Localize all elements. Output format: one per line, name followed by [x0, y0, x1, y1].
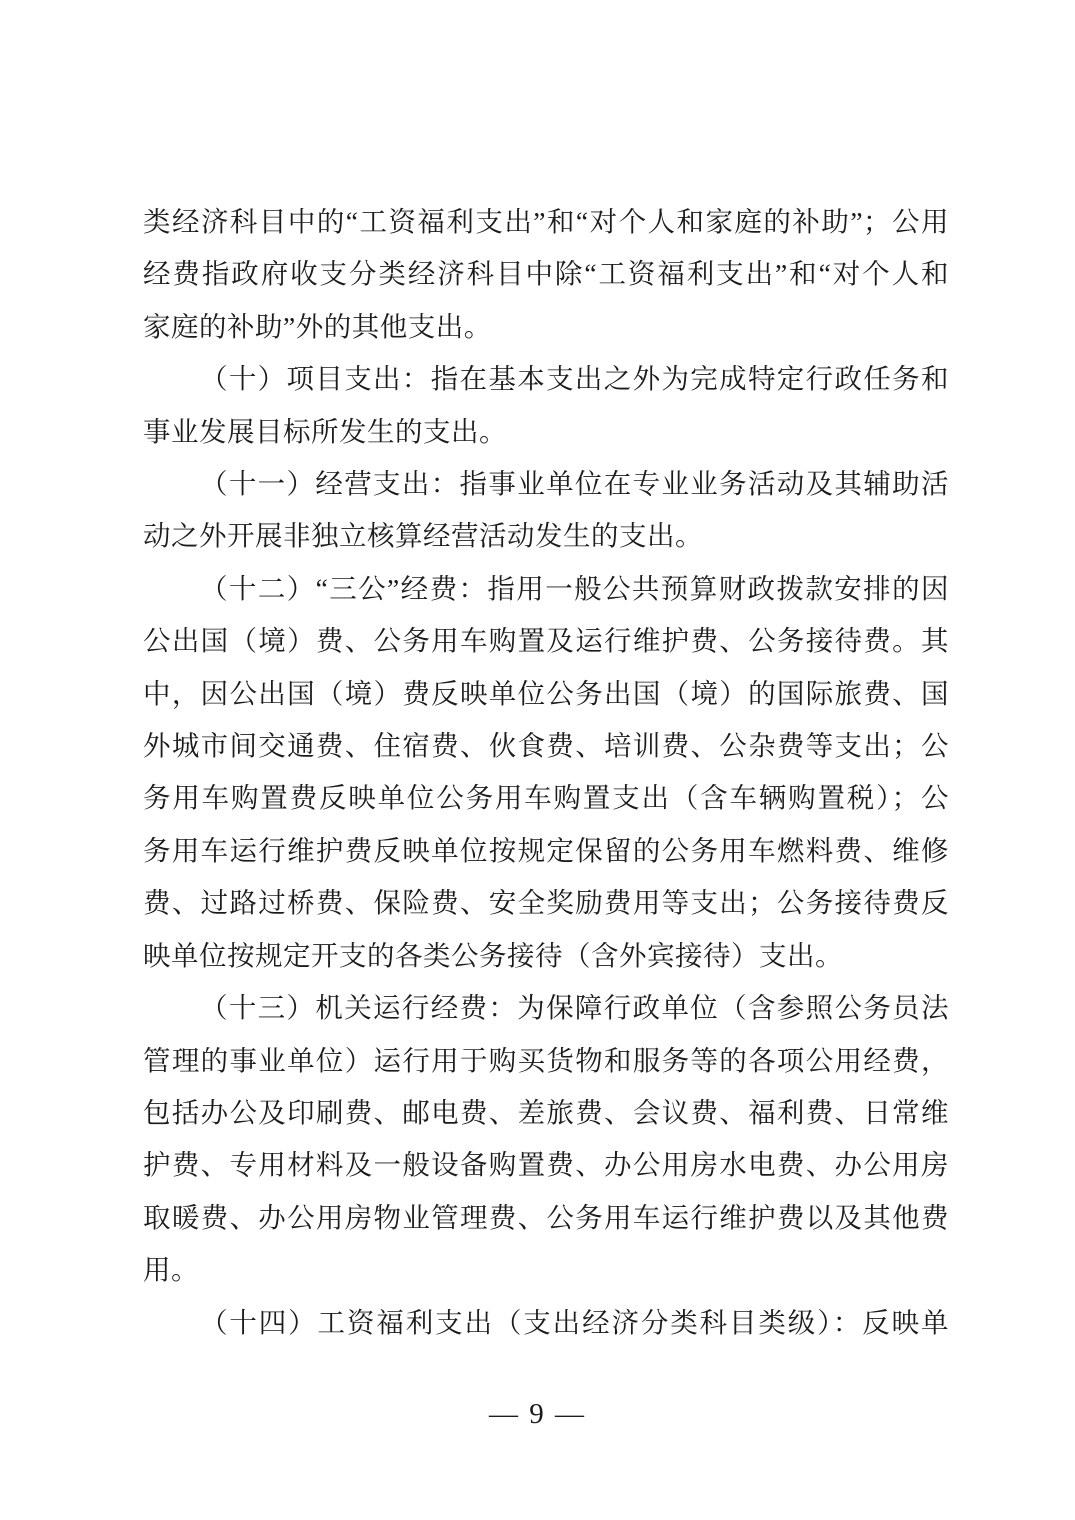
text-line: 费、过路过桥费、保险费、安全奖励费用等支出；公务接待费反	[143, 877, 949, 929]
text-line: （十三）机关运行经费：为保障行政单位（含参照公务员法	[143, 982, 949, 1034]
text-line: 映单位按规定开支的各类公务接待（含外宾接待）支出。	[143, 930, 949, 982]
para-12-three-public-funds: （十二）“三公”经费：指用一般公共预算财政拨款安排的因公出国（境）费、公务用车购…	[143, 563, 949, 982]
para-14-salary-welfare-expenditure: （十四）工资福利支出（支出经济分类科目类级）：反映单	[143, 1297, 949, 1349]
para-11-operating-expenditure: （十一）经营支出：指事业单位在专业业务活动及其辅助活动之外开展非独立核算经营活动…	[143, 458, 949, 563]
text-line: 类经济科目中的“工资福利支出”和“对个人和家庭的补助”；公用	[143, 196, 949, 248]
text-line: 经费指政府收支分类经济科目中除“工资福利支出”和“对个人和	[143, 248, 949, 300]
text-line: 务用车购置费反映单位公务用车购置支出（含车辆购置税）；公	[143, 772, 949, 824]
text-line: （十四）工资福利支出（支出经济分类科目类级）：反映单	[143, 1297, 949, 1349]
text-line: 中，因公出国（境）费反映单位公务出国（境）的国际旅费、国	[143, 668, 949, 720]
text-line: （十）项目支出：指在基本支出之外为完成特定行政任务和	[143, 353, 949, 405]
page-number: — 9 —	[489, 1398, 586, 1430]
text-line: 护费、专用材料及一般设备购置费、办公用房水电费、办公用房	[143, 1139, 949, 1191]
text-line: 管理的事业单位）运行用于购买货物和服务等的各项公用经费，	[143, 1035, 949, 1087]
para-13-agency-operating-funds: （十三）机关运行经费：为保障行政单位（含参照公务员法管理的事业单位）运行用于购买…	[143, 982, 949, 1296]
para-10-project-expenditure: （十）项目支出：指在基本支出之外为完成特定行政任务和事业发展目标所发生的支出。	[143, 353, 949, 458]
document-page: 类经济科目中的“工资福利支出”和“对个人和家庭的补助”；公用经费指政府收支分类经…	[0, 0, 1075, 1520]
para-basic-expenditure-continued: 类经济科目中的“工资福利支出”和“对个人和家庭的补助”；公用经费指政府收支分类经…	[143, 196, 949, 353]
text-line: 事业发展目标所发生的支出。	[143, 406, 949, 458]
text-line: 动之外开展非独立核算经营活动发生的支出。	[143, 510, 949, 562]
text-line: 用。	[143, 1244, 949, 1296]
text-line: 取暖费、办公用房物业管理费、公务用车运行维护费以及其他费	[143, 1192, 949, 1244]
text-line: 包括办公及印刷费、邮电费、差旅费、会议费、福利费、日常维	[143, 1087, 949, 1139]
text-line: 公出国（境）费、公务用车购置及运行维护费、公务接待费。其	[143, 615, 949, 667]
text-line: （十二）“三公”经费：指用一般公共预算财政拨款安排的因	[143, 563, 949, 615]
text-line: 外城市间交通费、住宿费、伙食费、培训费、公杂费等支出；公	[143, 720, 949, 772]
text-line: （十一）经营支出：指事业单位在专业业务活动及其辅助活	[143, 458, 949, 510]
document-body: 类经济科目中的“工资福利支出”和“对个人和家庭的补助”；公用经费指政府收支分类经…	[143, 196, 949, 1349]
text-line: 家庭的补助”外的其他支出。	[143, 301, 949, 353]
text-line: 务用车运行维护费反映单位按规定保留的公务用车燃料费、维修	[143, 825, 949, 877]
page-footer: — 9 —	[0, 1398, 1075, 1431]
